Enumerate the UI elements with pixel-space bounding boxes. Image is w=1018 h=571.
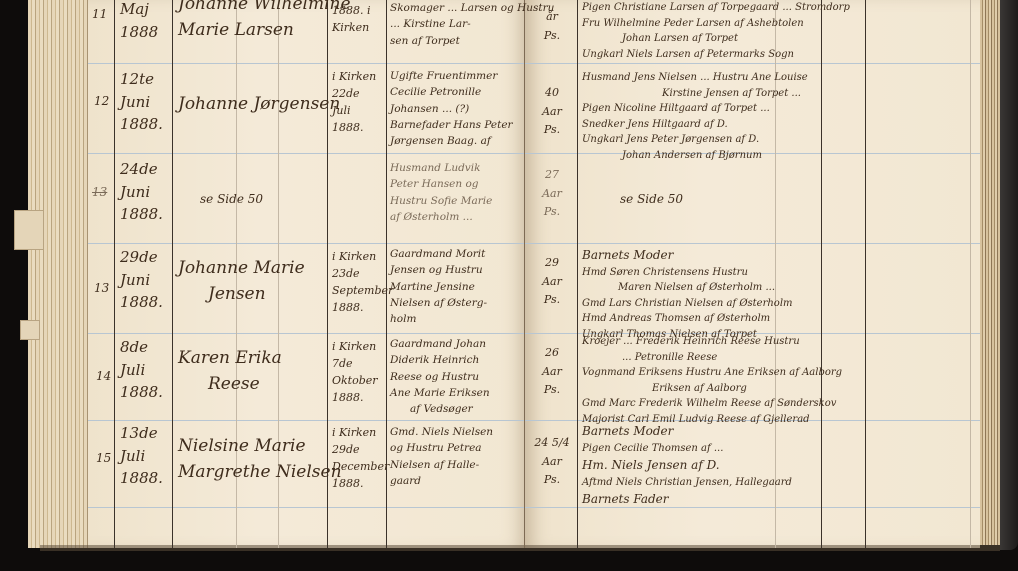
birth-day: 29de: [120, 246, 163, 269]
baptism-line: 23de: [332, 265, 393, 282]
child-name-line: Johanne Marie: [178, 256, 305, 282]
row-rule: [88, 243, 980, 244]
parents-line: gaard: [390, 473, 493, 489]
birth-date: 12te Juni 1888.: [120, 68, 163, 136]
parents-line: Ugifte Fruentimmer: [390, 68, 513, 84]
baptism-line: i Kirken: [332, 338, 378, 355]
baptism-line: 22de: [332, 85, 376, 102]
parents-line: Reese og Hustru: [390, 369, 490, 385]
child-name-line: Johanne Jørgensen: [178, 92, 340, 118]
birth-year: 1888.: [120, 203, 163, 226]
column-rule: [577, 0, 578, 548]
mother-age: 24 5/4 Aar Ps.: [530, 434, 574, 490]
baptism-line: 1888.: [332, 389, 378, 406]
entry-number: 12: [94, 95, 109, 109]
child-name-line: Karen Erika: [178, 346, 282, 372]
page-stack-left: [28, 0, 88, 548]
baptism-line: 1888.: [332, 119, 376, 136]
sponsors: Husmand Jens Nielsen ... Hustru Ane Loui…: [582, 70, 808, 163]
row-rule: [88, 507, 980, 508]
age-value: 27: [530, 166, 574, 185]
sponsor-line: Johan Larsen af Torpet: [582, 31, 850, 47]
column-rule: [114, 0, 115, 548]
birth-date: Maj 1888: [120, 0, 158, 43]
parents-line: Jensen og Hustru: [390, 262, 487, 278]
torn-page-edge: [14, 210, 44, 250]
child-name: Johanne Wilhelmine Marie Larsen: [178, 0, 351, 43]
child-name: Johanne Marie Jensen: [178, 256, 305, 307]
baptism-date: 1888. i Kirken: [332, 2, 371, 36]
column-rule: [172, 0, 173, 548]
row-rule: [88, 63, 980, 64]
birth-month: Juni: [120, 91, 163, 114]
register-spread: 11 Maj 1888 Johanne Wilhelmine Marie Lar…: [0, 0, 1018, 571]
parents-line: Nielsen af Østerg-: [390, 295, 487, 311]
sponsor-line: Kroejer ... Frederik Heinrich Reese Hust…: [582, 334, 842, 350]
mother-age: 29 Aar Ps.: [530, 254, 574, 310]
sponsors: Barnets Moder Hmd Søren Christensens Hus…: [582, 246, 793, 342]
row-rule: [88, 153, 980, 154]
row-rule: [88, 420, 980, 421]
child-name: Karen Erika Reese: [178, 346, 282, 397]
parents: Ugifte Fruentimmer Cecilie Petronille Jo…: [390, 68, 513, 149]
parents-line: Husmand Ludvik: [390, 160, 492, 176]
sponsors: Pigen Christiane Larsen af Torpegaard ..…: [582, 0, 850, 62]
child-name-line: Marie Larsen: [178, 18, 351, 44]
sponsor-line: Ungkarl Niels Larsen af Petermarks Sogn: [582, 47, 850, 63]
parents-line: Jørgensen Baag. af: [390, 133, 513, 149]
age-unit: Aar: [530, 273, 574, 292]
child-name: Johanne Jørgensen: [178, 92, 340, 118]
parents-line: af Vedsøger: [390, 401, 490, 417]
birth-day: 12te: [120, 68, 163, 91]
birth-year: 1888.: [120, 113, 163, 136]
sponsor-line: Kirstine Jensen af Torpet ...: [582, 86, 808, 102]
sponsors: Barnets Moder Pigen Cecilie Thomsen af .…: [582, 422, 792, 509]
birth-year: 1888.: [120, 291, 163, 314]
age-note: Ps.: [530, 121, 574, 140]
sponsor-line: ... Petronille Reese: [582, 350, 842, 366]
mother-age: 40 Aar Ps.: [530, 84, 574, 140]
mother-age: 27 Aar Ps.: [530, 166, 574, 222]
sponsor-line: Pigen Cecilie Thomsen af ...: [582, 441, 792, 457]
parents: Gaardmand Morit Jensen og Hustru Martine…: [390, 246, 487, 327]
entry-number-struck: 13: [92, 186, 107, 200]
sponsor-line: Gmd Lars Christian Nielsen af Østerholm: [582, 296, 793, 312]
page-stack-right: [980, 0, 1002, 545]
parents-line: Gaardmand Johan: [390, 336, 490, 352]
sponsor-line: Maren Nielsen af Østerholm ...: [582, 280, 793, 296]
mother-age: 26 Aar Ps.: [530, 344, 574, 400]
parents-line: Barnefader Hans Peter: [390, 117, 513, 133]
parents: Gaardmand Johan Diderik Heinrich Reese o…: [390, 336, 490, 417]
birth-date: 29de Juni 1888.: [120, 246, 163, 314]
child-name-line: Jensen: [178, 282, 305, 308]
baptism-date: i Kirken 23de September 1888.: [332, 248, 393, 316]
column-rule: [865, 0, 866, 548]
sponsor-line: Hmd Søren Christensens Hustru: [582, 265, 793, 281]
sponsor-line: Fru Wilhelmine Peder Larsen af Ashebtole…: [582, 16, 850, 32]
age-value: 26: [530, 344, 574, 363]
book-cover: [1000, 0, 1018, 550]
baptism-line: Juli: [332, 102, 376, 119]
parents-line: Peter Hansen og: [390, 176, 492, 192]
baptism-line: Kirken: [332, 19, 371, 36]
sponsor-line: Barnets Moder: [582, 246, 793, 265]
parents-line: Diderik Heinrich: [390, 352, 490, 368]
birth-day: 13de: [120, 422, 163, 445]
parents-struck: Husmand Ludvik Peter Hansen og Hustru So…: [390, 160, 492, 225]
baptism-line: Oktober: [332, 372, 378, 389]
column-rule: [970, 0, 971, 548]
age-value: 40: [530, 84, 574, 103]
child-name-line: Margrethe Nielsen: [178, 460, 342, 486]
sponsor-line: Johan Andersen af Bjørnum: [582, 148, 808, 164]
birth-date: 24de Juni 1888.: [120, 158, 163, 226]
age-note: Ps.: [530, 27, 574, 46]
parents-line: Nielsen af Halle-: [390, 457, 493, 473]
baptism-line: 1888.: [332, 475, 389, 492]
birth-month: Juni: [120, 269, 163, 292]
sponsor-line: Husmand Jens Nielsen ... Hustru Ane Loui…: [582, 70, 808, 86]
gutter: [524, 0, 525, 548]
sponsor-line: Snedker Jens Hiltgaard af D.: [582, 117, 808, 133]
parents-line: Martine Jensine: [390, 279, 487, 295]
baptism-line: September: [332, 282, 393, 299]
birth-month: Juni: [120, 181, 163, 204]
baptism-date: i Kirken 7de Oktober 1888.: [332, 338, 378, 406]
baptism-line: 7de: [332, 355, 378, 372]
sponsor-line: Eriksen af Aalborg: [582, 381, 842, 397]
birth-day: 24de: [120, 158, 163, 181]
sponsors: Kroejer ... Frederik Heinrich Reese Hust…: [582, 334, 842, 427]
age-note: Ps.: [530, 381, 574, 400]
baptism-date: i Kirken 29de December 1888.: [332, 424, 389, 492]
parents: Gmd. Niels Nielsen og Hustru Petrea Niel…: [390, 424, 493, 489]
torn-page-edge: [20, 320, 40, 340]
cross-reference: se Side 50: [620, 190, 683, 209]
child-name: Nielsine Marie Margrethe Nielsen: [178, 434, 342, 485]
sponsor-line: Vognmand Eriksens Hustru Ane Eriksen af …: [582, 365, 842, 381]
sponsor-line: Hm. Niels Jensen af D.: [582, 456, 792, 475]
child-name-line: Nielsine Marie: [178, 434, 342, 460]
cross-reference: se Side 50: [200, 190, 263, 209]
age-unit: Aar: [530, 363, 574, 382]
entry-number: 11: [92, 8, 107, 22]
sponsor-line: Gmd Marc Frederik Wilhelm Reese af Sønde…: [582, 396, 842, 412]
book-bottom-edge: [40, 545, 1000, 551]
birth-year: 1888.: [120, 467, 163, 490]
parents-line: Johansen ... (?): [390, 101, 513, 117]
parents-line: af Østerholm ...: [390, 209, 492, 225]
sponsor-line: Aftmd Niels Christian Jensen, Hallegaard: [582, 475, 792, 491]
baptism-line: 1888. i: [332, 2, 371, 19]
parents-line: Ane Marie Eriksen: [390, 385, 490, 401]
baptism-line: i Kirken: [332, 424, 389, 441]
child-name-line: Johanne Wilhelmine: [178, 0, 351, 18]
baptism-date: i Kirken 22de Juli 1888.: [332, 68, 376, 136]
age-unit: Aar: [530, 185, 574, 204]
birth-month: Juli: [120, 445, 163, 468]
baptism-line: 29de: [332, 441, 389, 458]
birth-date: 8de Juli 1888.: [120, 336, 163, 404]
parents-line: og Hustru Petrea: [390, 440, 493, 456]
entry-number: 14: [96, 370, 111, 384]
age-note: Ps.: [530, 291, 574, 310]
entry-number: 15: [96, 452, 111, 466]
age-value: 29: [530, 254, 574, 273]
baptism-line: i Kirken: [332, 248, 393, 265]
parents-line: Hustru Sofie Marie: [390, 193, 492, 209]
age-unit: år: [530, 8, 574, 27]
baptism-line: December: [332, 458, 389, 475]
birth-month: Juli: [120, 359, 163, 382]
birth-year: 1888.: [120, 381, 163, 404]
sponsor-line: Barnets Moder: [582, 422, 792, 441]
sponsor-line: Hmd Andreas Thomsen af Østerholm: [582, 311, 793, 327]
birth-month: Maj: [120, 0, 158, 21]
sponsor-line: Pigen Christiane Larsen af Torpegaard ..…: [582, 0, 850, 16]
baptism-line: i Kirken: [332, 68, 376, 85]
baptism-line: 1888.: [332, 299, 393, 316]
mother-age: år Ps.: [530, 8, 574, 45]
age-unit: Aar: [530, 103, 574, 122]
entry-number: 13: [94, 282, 109, 296]
age-note: Ps.: [530, 471, 574, 490]
row-rule: [88, 333, 980, 334]
parents-line: Gaardmand Morit: [390, 246, 487, 262]
column-rule: [821, 0, 822, 548]
birth-date: 13de Juli 1888.: [120, 422, 163, 490]
child-name-line: Reese: [178, 372, 282, 398]
age-note: Ps.: [530, 203, 574, 222]
sponsor-line: Ungkarl Jens Peter Jørgensen af D.: [582, 132, 808, 148]
sponsor-line: Barnets Fader: [582, 490, 792, 509]
birth-year: 1888: [120, 21, 158, 44]
parents-line: holm: [390, 311, 487, 327]
birth-day: 8de: [120, 336, 163, 359]
parents-line: Cecilie Petronille: [390, 84, 513, 100]
sponsor-line: Pigen Nicoline Hiltgaard af Torpet ...: [582, 101, 808, 117]
age-value: 24 5/4: [530, 434, 574, 453]
age-unit: Aar: [530, 453, 574, 472]
parents-line: Gmd. Niels Nielsen: [390, 424, 493, 440]
